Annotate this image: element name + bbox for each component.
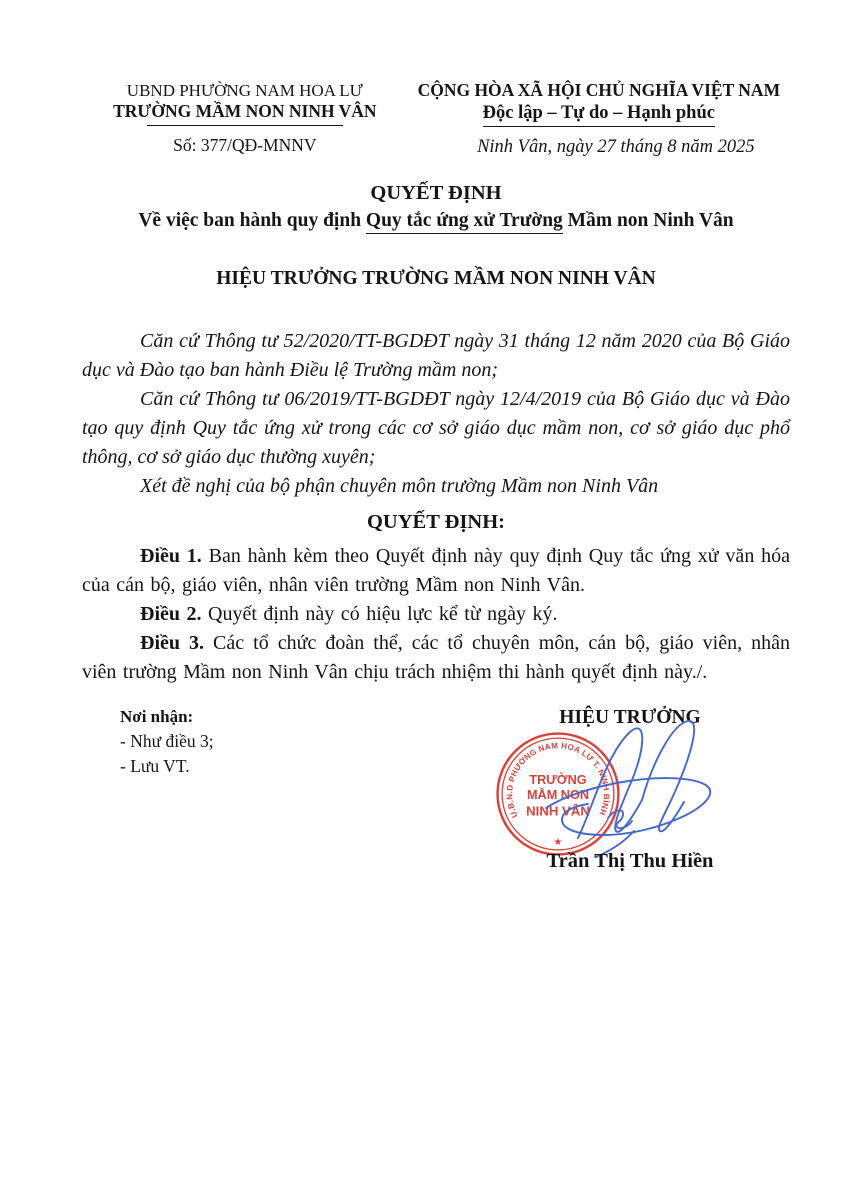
national-motto: Độc lập – Tự do – Hạnh phúc xyxy=(408,102,790,127)
document-footer: Nơi nhận: - Như điều 3; - Lưu VT. HIỆU T… xyxy=(82,690,790,930)
national-motto-block: CỘNG HÒA XÃ HỘI CHỦ NGHĨA VIỆT NAM Độc l… xyxy=(408,80,790,158)
preamble-paragraph: Căn cứ Thông tư 06/2019/TT-BGDĐT ngày 12… xyxy=(82,385,790,472)
org-name: TRƯỜNG MẦM NON NINH VÂN xyxy=(82,101,408,122)
article-3-label: Điều 3. xyxy=(140,632,204,654)
national-motto-text: Độc lập – Tự do – Hạnh phúc xyxy=(483,102,715,127)
document-title: QUYẾT ĐỊNH xyxy=(82,180,790,206)
decision-heading: QUYẾT ĐỊNH: xyxy=(82,506,790,538)
article-3: Điều 3. Các tổ chức đoàn thể, các tổ chu… xyxy=(82,629,790,687)
national-title: CỘNG HÒA XÃ HỘI CHỦ NGHĨA VIỆT NAM xyxy=(408,80,790,101)
recipient-item: - Lưu VT. xyxy=(120,754,214,779)
article-2: Điều 2. Quyết định này có hiệu lực kể từ… xyxy=(82,600,790,629)
subtitle-underlined: Quy tắc ứng xử Trường xyxy=(366,210,563,234)
place-date-line: Ninh Vân, ngày 27 tháng 8 năm 2025 xyxy=(408,136,790,158)
signer-name: Trần Thị Thu Hiền xyxy=(470,848,790,874)
issuer-title: HIỆU TRƯỞNG TRƯỜNG MẦM NON NINH VÂN xyxy=(82,266,790,291)
article-2-text: Quyết định này có hiệu lực kể từ ngày ký… xyxy=(202,603,558,625)
articles: Điều 1. Ban hành kèm theo Quyết định này… xyxy=(82,542,790,687)
preamble-paragraph: Căn cứ Thông tư 52/2020/TT-BGDĐT ngày 31… xyxy=(82,327,790,385)
document-subtitle: Về việc ban hành quy định Quy tắc ứng xử… xyxy=(82,207,790,234)
handwritten-signature xyxy=(522,710,754,862)
org-name-underline xyxy=(147,125,343,126)
org-parent-name: UBND PHƯỜNG NAM HOA LƯ xyxy=(82,80,408,101)
subtitle-pre: Về việc ban hành quy định xyxy=(138,210,366,231)
recipient-item: - Như điều 3; xyxy=(120,729,214,754)
document-header: UBND PHƯỜNG NAM HOA LƯ TRƯỜNG MẦM NON NI… xyxy=(82,80,790,158)
recipients-block: Nơi nhận: - Như điều 3; - Lưu VT. xyxy=(120,704,214,779)
preamble: Căn cứ Thông tư 52/2020/TT-BGDĐT ngày 31… xyxy=(82,327,790,501)
document-number: Số: 377/QĐ-MNNV xyxy=(82,135,408,156)
article-1: Điều 1. Ban hành kèm theo Quyết định này… xyxy=(82,542,790,600)
document-page: UBND PHƯỜNG NAM HOA LƯ TRƯỜNG MẦM NON NI… xyxy=(0,0,849,1200)
issuing-org-block: UBND PHƯỜNG NAM HOA LƯ TRƯỜNG MẦM NON NI… xyxy=(82,80,408,158)
signature-stroke xyxy=(608,810,632,828)
recipients-title: Nơi nhận: xyxy=(120,704,214,729)
document-content: UBND PHƯỜNG NAM HOA LƯ TRƯỜNG MẦM NON NI… xyxy=(0,0,849,687)
subtitle-post: Mầm non Ninh Vân xyxy=(563,210,734,231)
article-1-label: Điều 1. xyxy=(140,545,202,567)
preamble-paragraph: Xét đề nghị của bộ phận chuyên môn trườn… xyxy=(82,472,790,501)
article-2-label: Điều 2. xyxy=(140,603,202,625)
signature-stroke xyxy=(546,778,710,835)
